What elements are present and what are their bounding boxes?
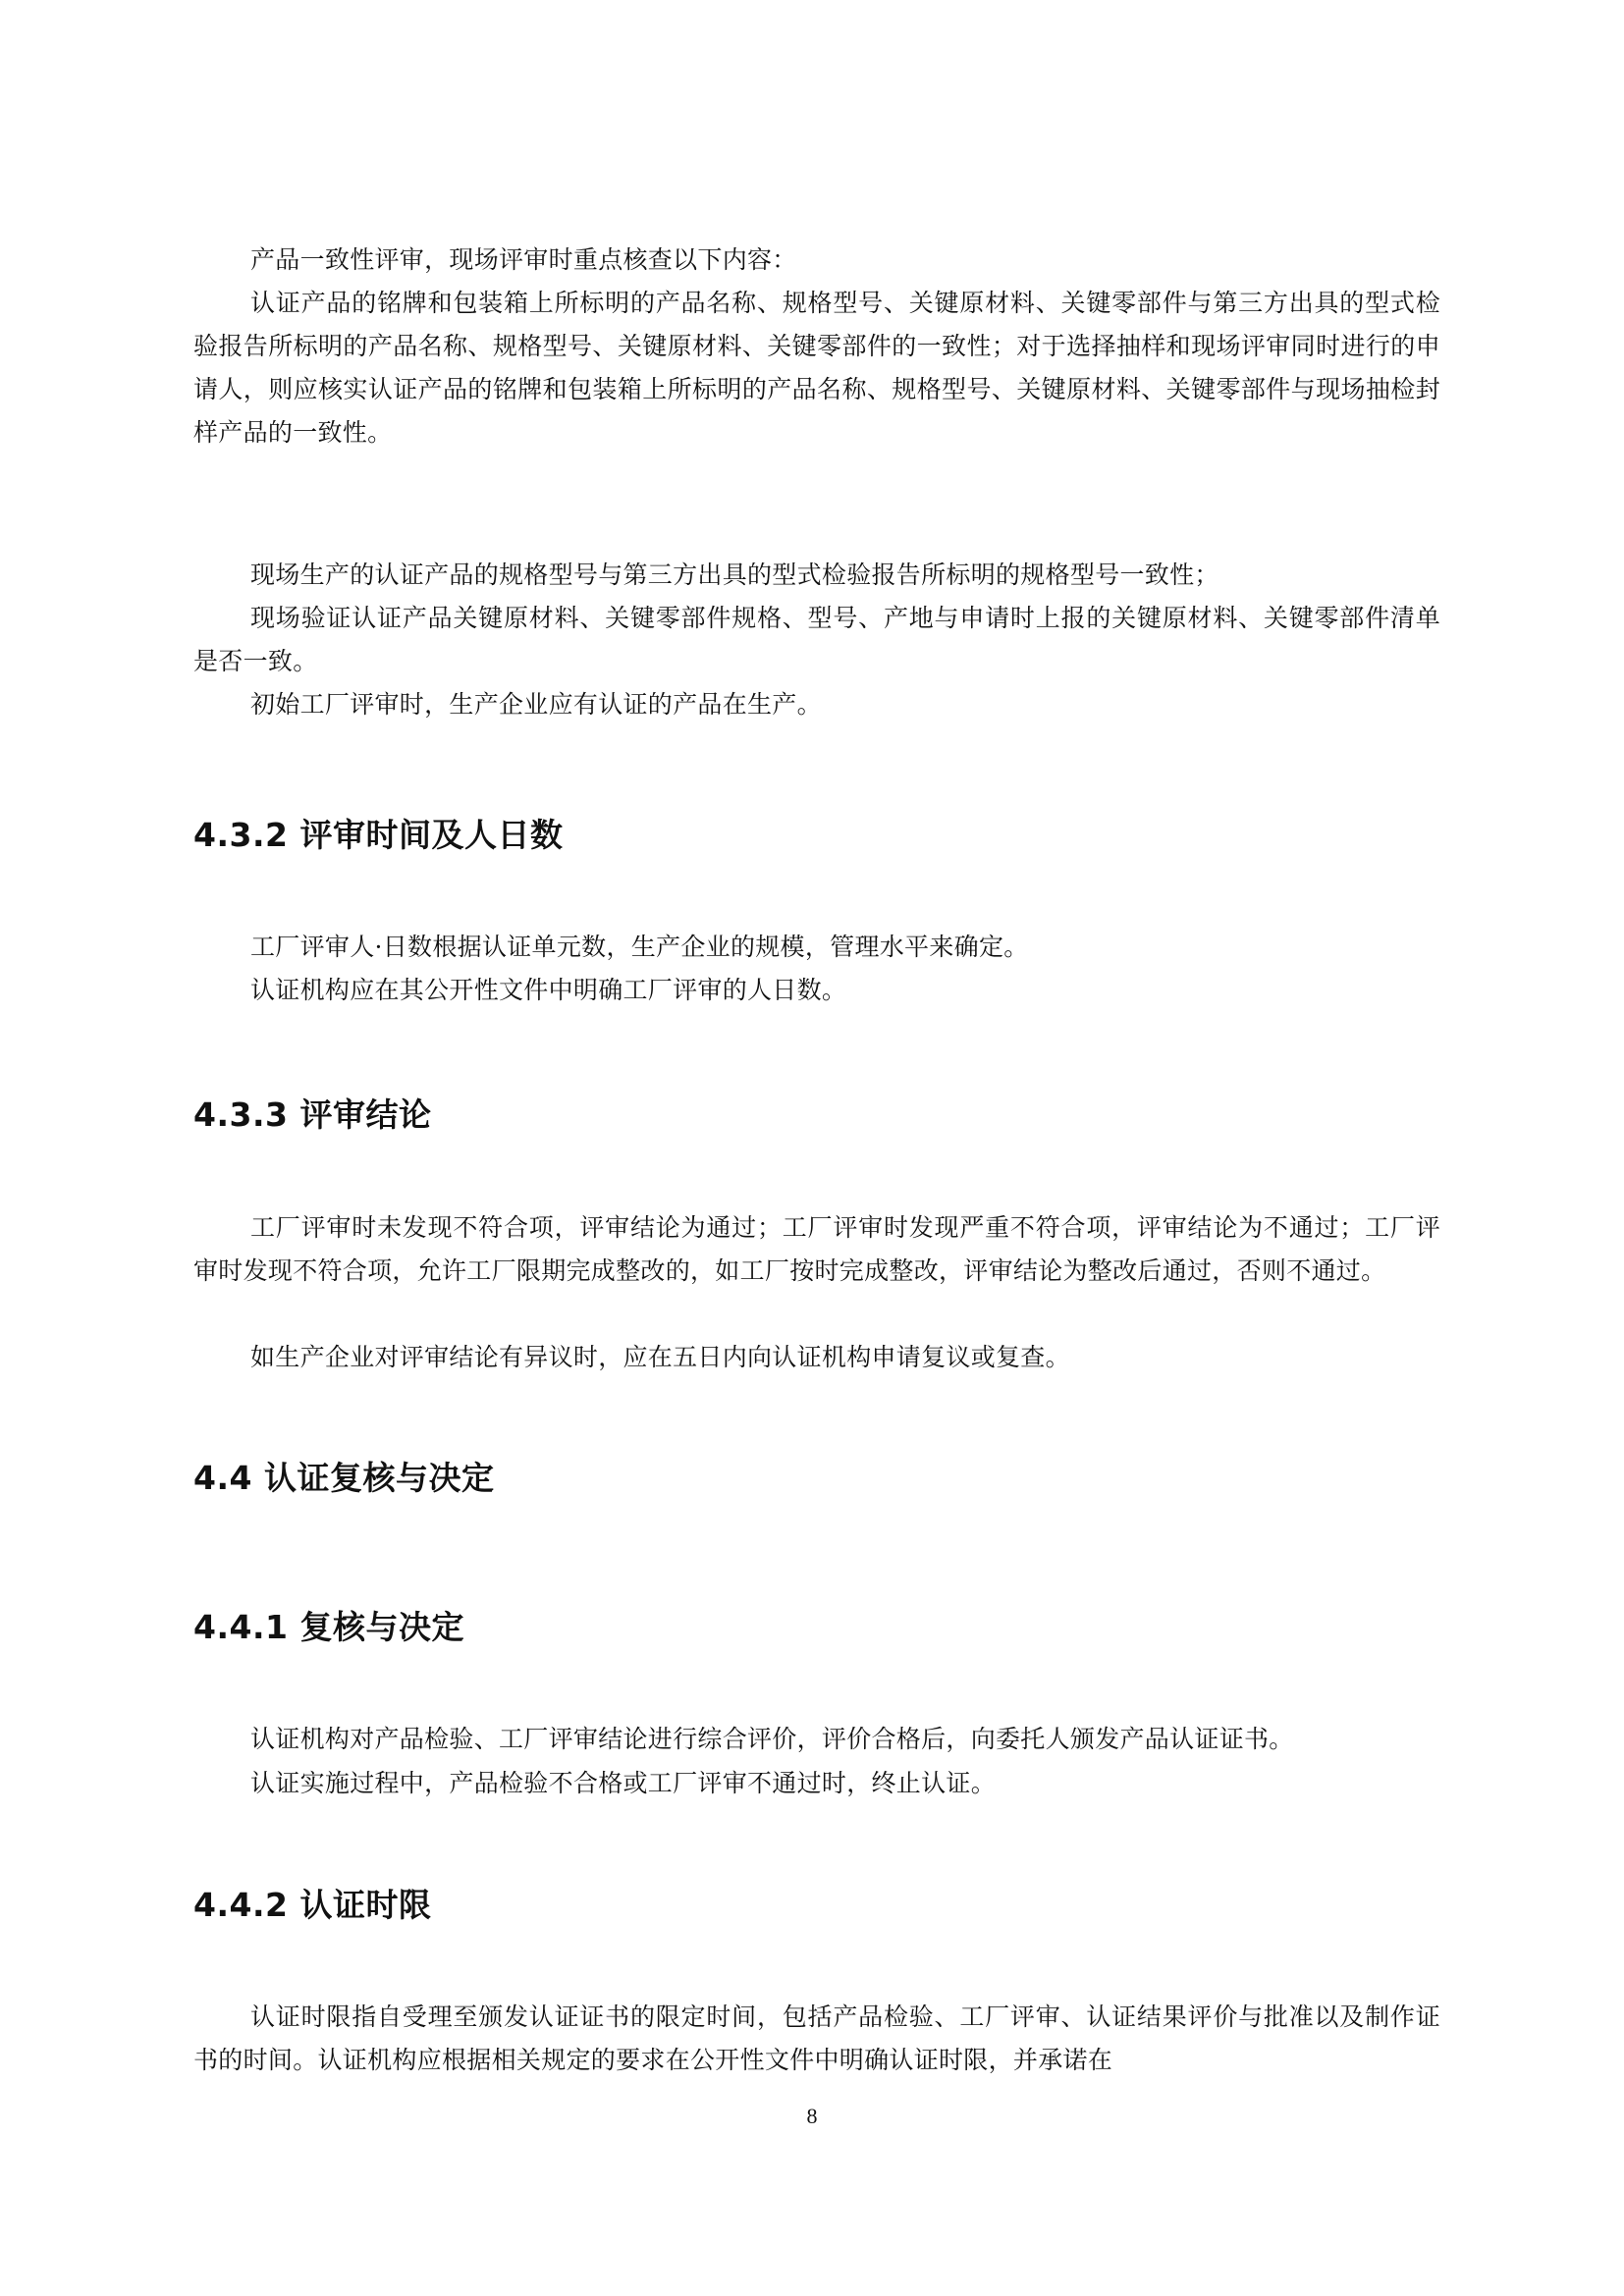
paragraph-review-conclusion: 工厂评审时未发现不符合项，评审结论为通过；工厂评审时发现严重不符合项，评审结论为… <box>193 1206 1440 1293</box>
paragraph-man-days: 工厂评审人·日数根据认证单元数，生产企业的规模，管理水平来确定。 <box>193 926 1440 969</box>
heading-4-4-1: 4.4.1 复核与决定 <box>193 1602 464 1648</box>
paragraph-component-verification: 现场验证认证产品关键原材料、关键零部件规格、型号、产地与申请时上报的关键原材料、… <box>193 597 1440 683</box>
paragraph-comprehensive-evaluation: 认证机构对产品检验、工厂评审结论进行综合评价，评价合格后，向委托人颁发产品认证证… <box>193 1718 1440 1761</box>
heading-4-4-2: 4.4.2 认证时限 <box>193 1880 431 1926</box>
paragraph-termination: 认证实施过程中，产品检验不合格或工厂评审不通过时，终止认证。 <box>193 1762 1440 1805</box>
paragraph-consistency-intro: 产品一致性评审，现场评审时重点核查以下内容： <box>193 239 1440 282</box>
paragraph-nameplate-consistency: 认证产品的铭牌和包装箱上所标明的产品名称、规格型号、关键原材料、关键零部件与第三… <box>193 282 1440 454</box>
paragraph-certification-time-limit: 认证时限指自受理至颁发认证证书的限定时间，包括产品检验、工厂评审、认证结果评价与… <box>193 1996 1440 2082</box>
heading-4-3-2: 4.3.2 评审时间及人日数 <box>193 810 563 856</box>
paragraph-appeal: 如生产企业对评审结论有异议时，应在五日内向认证机构申请复议或复查。 <box>193 1336 1440 1379</box>
document-page: 产品一致性评审，现场评审时重点核查以下内容： 认证产品的铭牌和包装箱上所标明的产… <box>0 0 1624 2296</box>
paragraph-initial-review: 初始工厂评审时，生产企业应有认证的产品在生产。 <box>193 683 1440 726</box>
paragraph-man-days-disclosure: 认证机构应在其公开性文件中明确工厂评审的人日数。 <box>193 969 1440 1012</box>
heading-4-3-3: 4.3.3 评审结论 <box>193 1090 431 1136</box>
page-number: 8 <box>0 2104 1624 2129</box>
paragraph-model-consistency: 现场生产的认证产品的规格型号与第三方出具的型式检验报告所标明的规格型号一致性； <box>193 554 1440 597</box>
heading-4-4: 4.4 认证复核与决定 <box>193 1453 494 1499</box>
